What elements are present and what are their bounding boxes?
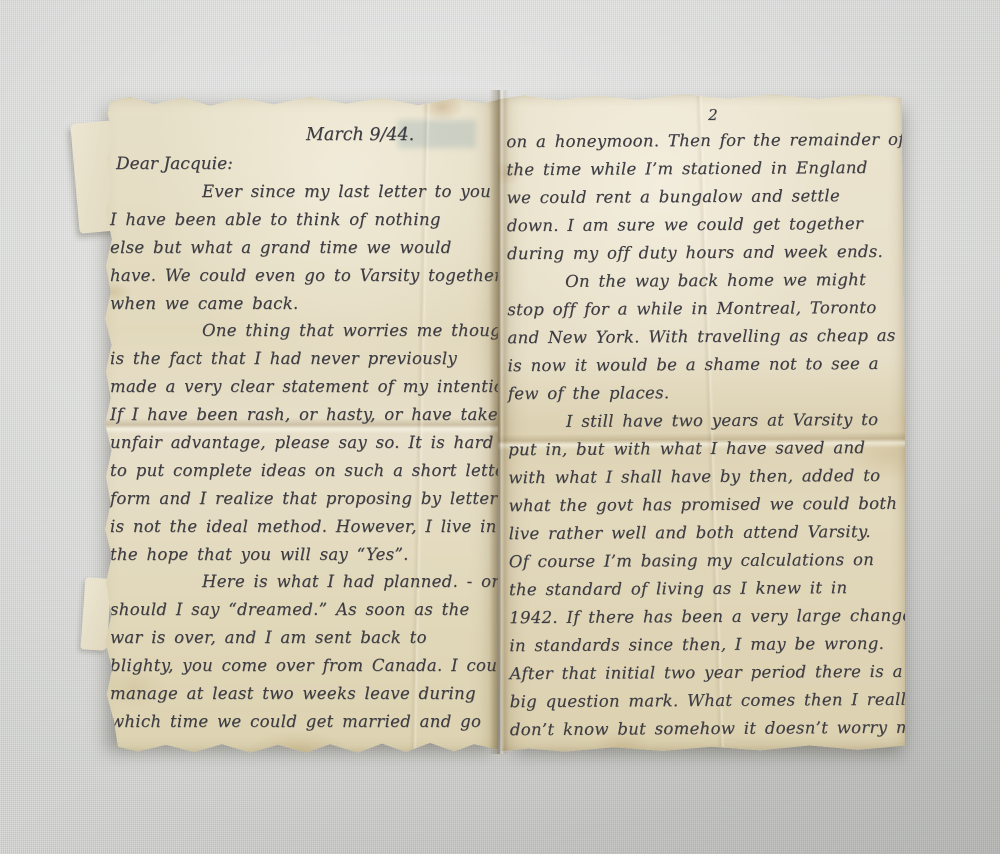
letter-line: is now it would be a shame not to see a [508,350,901,380]
page-number: 2 [506,102,899,128]
letter-line: One thing that worries me though, [110,317,494,345]
fabric-background: March 9/44. Dear Jacquie: Ever since my … [0,0,1000,854]
letter-page-1: March 9/44. Dear Jacquie: Ever since my … [98,94,498,754]
letter-line: the hope that you will say “Yes”. [110,541,494,569]
letter-line: we could rent a bungalow and settle [507,182,900,212]
letter-line: which time we could get married and go [110,708,494,736]
letter-line: down. I am sure we could get together [507,210,900,240]
letter-line: the standard of living as I knew it in [509,574,902,604]
letter-line: stop off for a while in Montreal, Toront… [507,294,900,324]
letter-line: big question mark. What comes then I rea… [510,686,903,716]
letter-line: live rather well and both attend Varsity… [509,518,902,548]
letter-salutation: Dear Jacquie: [110,150,494,178]
letter-line: else but what a grand time we would [110,234,494,262]
letter-line: I have been able to think of nothing [110,206,494,234]
letter-line: on a honeymoon. Then for the remainder o… [506,126,899,156]
letter-line: put in, but with what I have saved and [508,434,901,464]
letter-line: manage at least two weeks leave during [110,680,494,708]
letter-line: blighty, you come over from Canada. I co… [110,652,494,680]
page-1-text: March 9/44. Dear Jacquie: Ever since my … [110,120,494,736]
letter-line: should I say “dreamed.” As soon as the [110,596,494,624]
letter-line: After that initial two year period there… [509,658,902,688]
letter-line: in standards since then, I may be wrong. [509,630,902,660]
letter-line: war is over, and I am sent back to [110,624,494,652]
letter-line: the time while I’m stationed in England [506,154,899,184]
letter-line: is not the ideal method. However, I live… [110,513,494,541]
letter-line: I still have two years at Varsity to [508,406,901,436]
letter-line: is the fact that I had never previously [110,345,494,373]
letter-line: form and I realize that proposing by let… [110,485,494,513]
letter-line: If I have been rash, or hasty, or have t… [110,401,494,429]
letter-line: few of the places. [508,378,901,408]
letter-date: March 9/44. [110,120,494,150]
letter-line: Ever since my last letter to you [110,178,494,206]
letter-line: 1942. If there has been a very large cha… [509,602,902,632]
letter-line: On the way back home we might [507,266,900,296]
letter-page-2: 2 on a honeymoon. Then for the remainder… [496,92,907,753]
letter-line: unfair advantage, please say so. It is h… [110,429,494,457]
letter-line: and New York. With travelling as cheap a… [507,322,900,352]
letter-line: Here is what I had planned. - or [110,568,494,596]
letter-line: what the govt has promised we could both [508,490,901,520]
letter-line: don’t know but somehow it doesn’t worry … [510,714,903,744]
page-2-text: 2 on a honeymoon. Then for the remainder… [506,102,903,744]
letter-line: to put complete ideas on such a short le… [110,457,494,485]
letter-line: Of course I’m basing my calculations on [509,546,902,576]
letter-line: when we came back. [110,290,494,318]
letter-line: during my off duty hours and week ends. [507,238,900,268]
letter-line: have. We could even go to Varsity togeth… [110,262,494,290]
letter-line: made a very clear statement of my intent… [110,373,494,401]
letter-line: with what I shall have by then, added to [508,462,901,492]
letter-photo: March 9/44. Dear Jacquie: Ever since my … [75,86,907,762]
